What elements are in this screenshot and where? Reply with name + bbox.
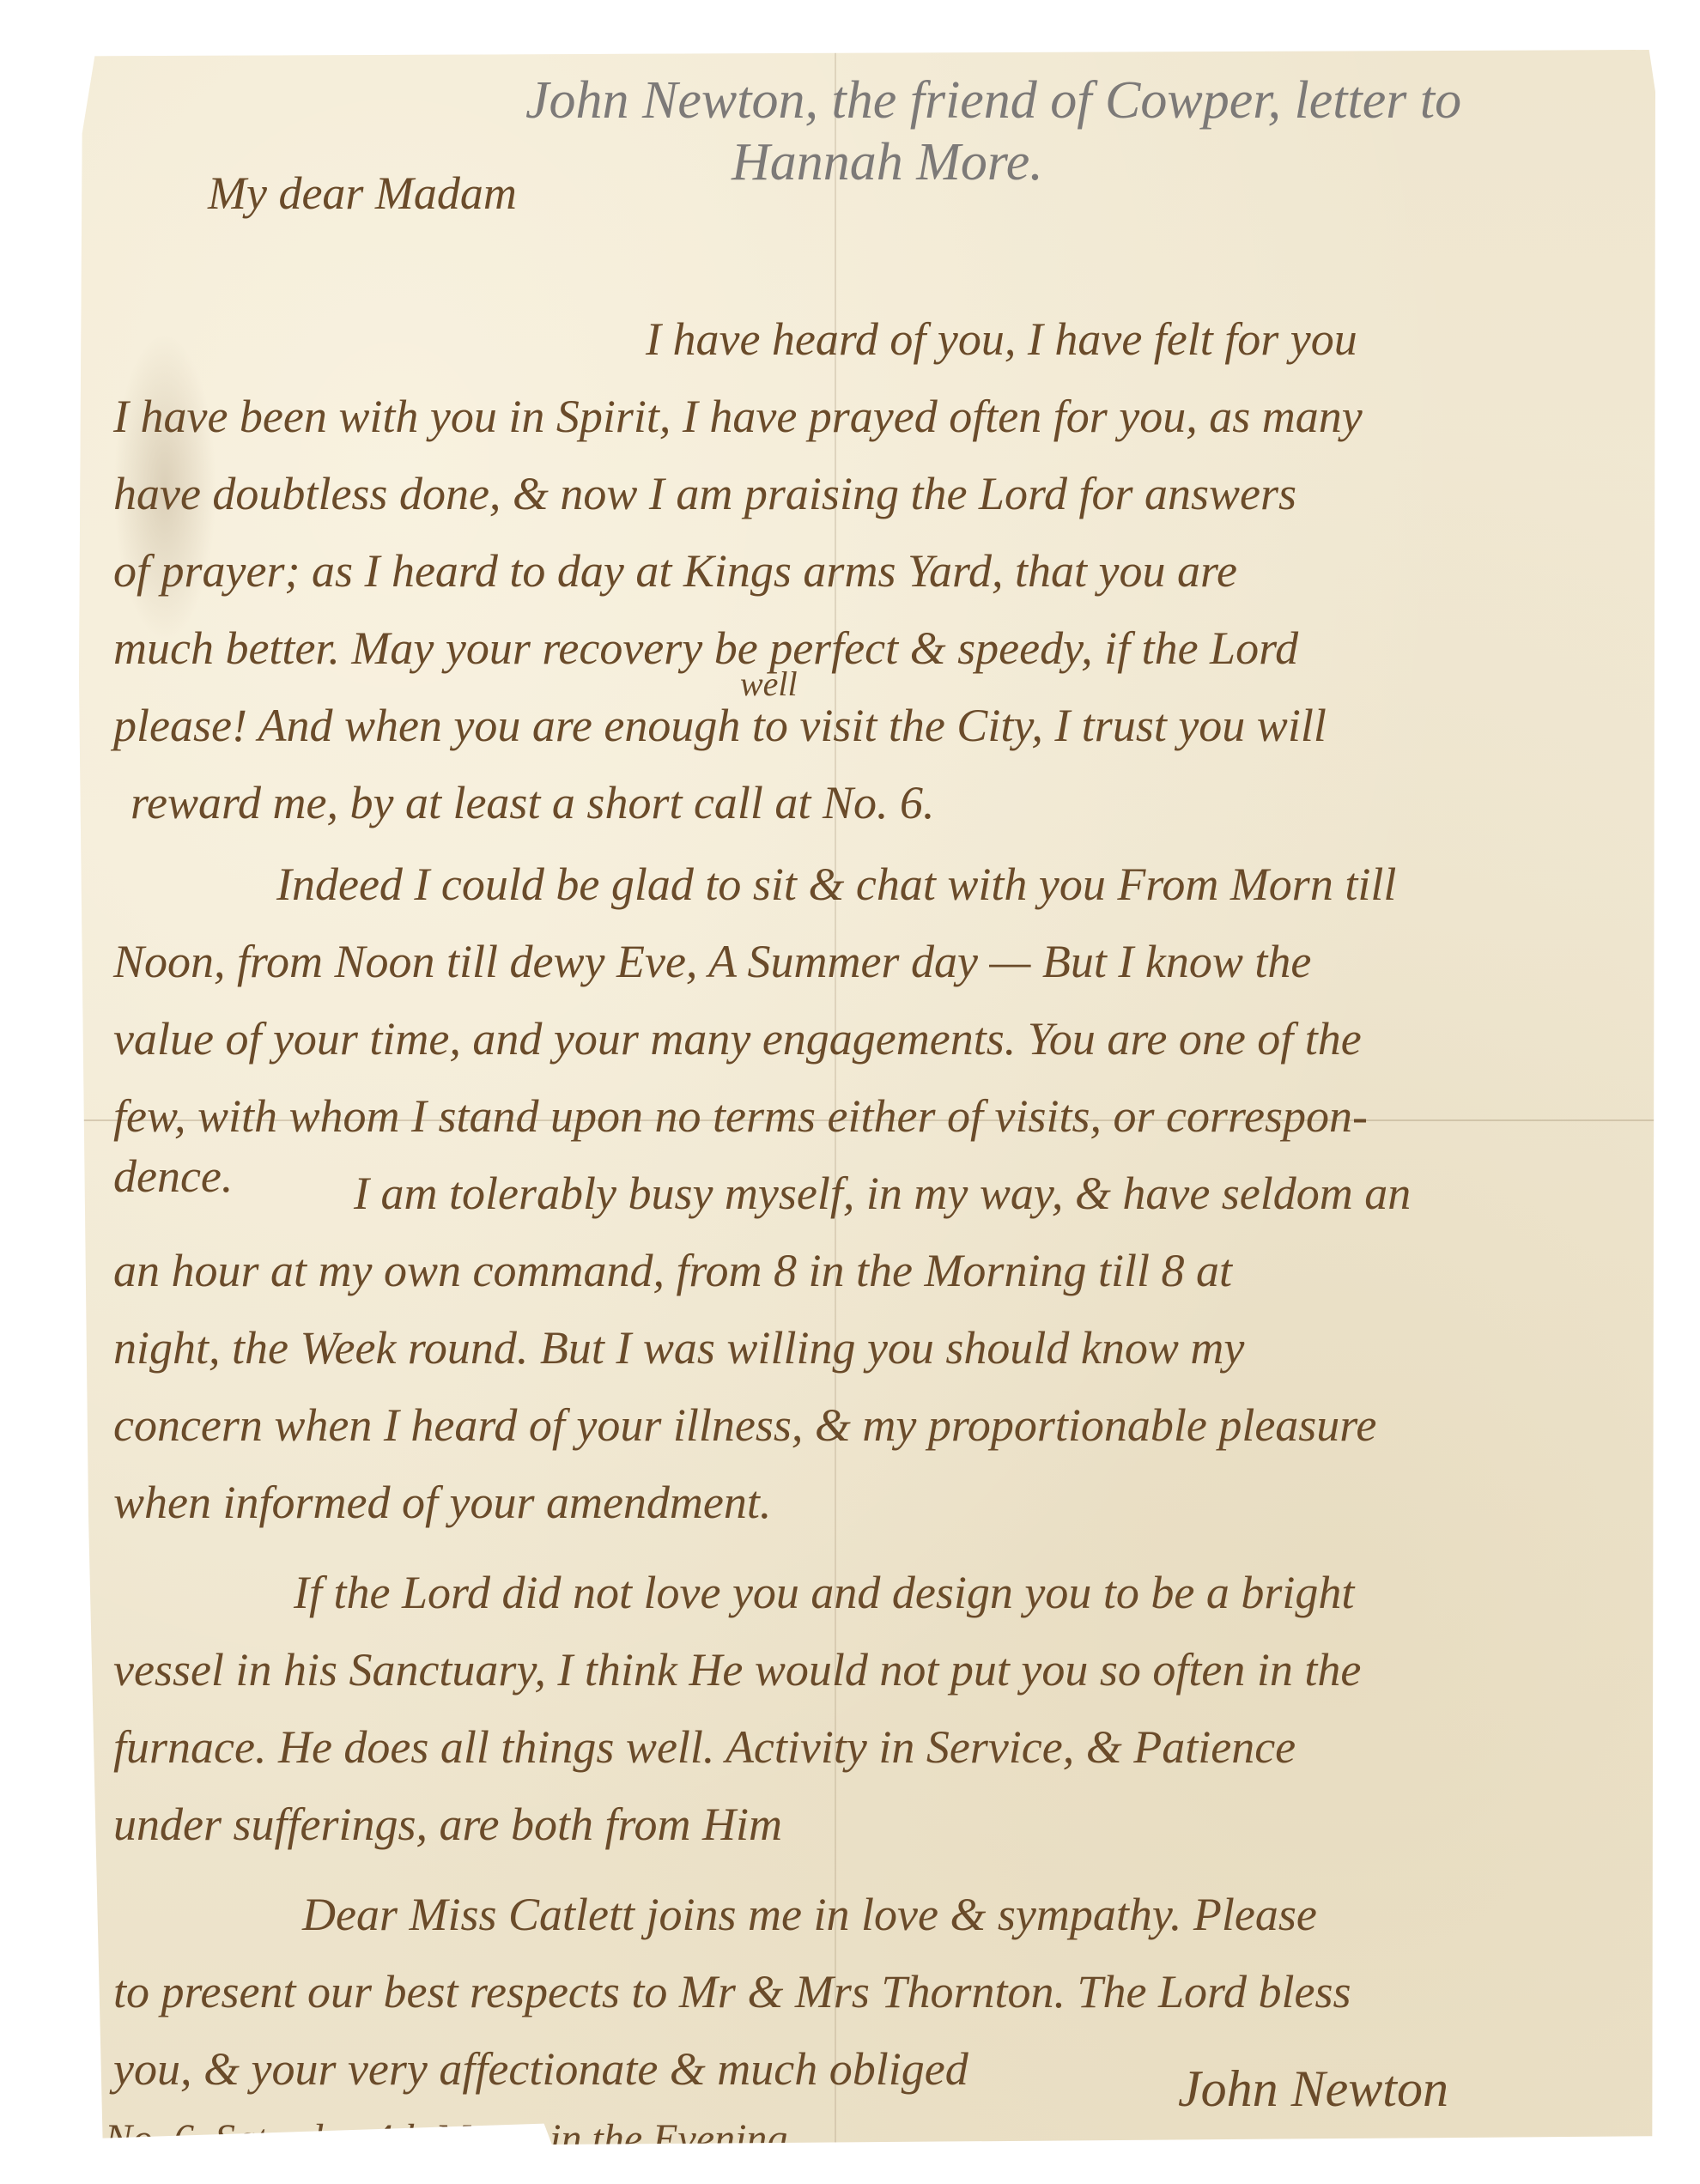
letter-line: when informed of your amendment. <box>113 1479 771 1526</box>
letter-line: much better. May your recovery be perfec… <box>113 625 1298 671</box>
letter-line: of prayer; as I heard to day at Kings ar… <box>113 548 1237 594</box>
pencil-annotation-line2: Hannah More. <box>732 136 1043 189</box>
closing-line: you, & your very affectionate & much obl… <box>113 2046 968 2092</box>
letter-line: If the Lord did not love you and design … <box>294 1569 1354 1616</box>
signature: John Newton <box>1178 2063 1448 2114</box>
letter-line: have doubtless done, & now I am praising… <box>113 470 1296 517</box>
letter-line: to present our best respects to Mr & Mrs… <box>113 1969 1351 2015</box>
letter-line: an hour at my own command, from 8 in the… <box>113 1247 1232 1294</box>
letter-paper: John Newton, the friend of Cowper, lette… <box>79 50 1655 2145</box>
letter-line: I am tolerably busy myself, in my way, &… <box>354 1170 1411 1216</box>
letter-line: concern when I heard of your illness, & … <box>113 1402 1376 1448</box>
pencil-annotation-line1: John Newton, the friend of Cowper, lette… <box>525 74 1461 127</box>
letter-line: night, the Week round. But I was willing… <box>113 1325 1244 1371</box>
letter-line: I have been with you in Spirit, I have p… <box>113 393 1363 440</box>
letter-line: reward me, by at least a short call at N… <box>131 780 934 826</box>
letter-line: dence. <box>113 1153 233 1199</box>
letter-line: vessel in his Sanctuary, I think He woul… <box>113 1647 1361 1693</box>
letter-line: few, with whom I stand upon no terms eit… <box>113 1093 1368 1139</box>
letter-line: under sufferings, are both from Him <box>113 1801 782 1847</box>
letter-line: Noon, from Noon till dewy Eve, A Summer … <box>113 938 1311 985</box>
letter-line: please! And when you are enough to visit… <box>113 702 1327 749</box>
letter-line: furnace. He does all things well. Activi… <box>113 1724 1296 1770</box>
dateline: No. 6. Saturday 4th May 9 in the Evening… <box>105 2119 798 2160</box>
salutation: My dear Madam <box>208 170 517 216</box>
insertion-above-line: well <box>740 664 798 704</box>
letter-line: Indeed I could be glad to sit & chat wit… <box>276 861 1396 907</box>
letter-line: value of your time, and your many engage… <box>113 1016 1362 1062</box>
letter-line: Dear Miss Catlett joins me in love & sym… <box>302 1891 1317 1938</box>
letter-line: I have heard of you, I have felt for you <box>646 316 1357 362</box>
